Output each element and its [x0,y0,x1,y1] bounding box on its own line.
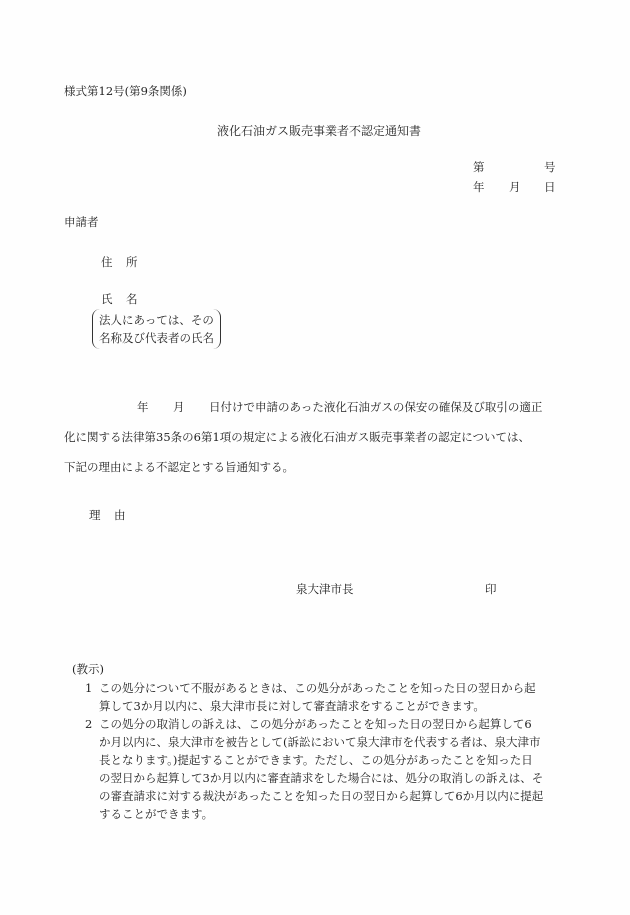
body-line-2: 化に関する法律第35条の6第1項の規定による液化石油ガス販売事業者の認定について… [64,422,559,452]
notice-line: この処分の取消しの訴えは、この処分があったことを知った日の翌日から起算して6 [99,715,574,733]
document-title: 液化石油ガス販売事業者不認定通知書 [217,125,421,137]
address-label: 住所 [101,257,138,269]
name-label-char: 氏 [101,294,126,306]
notice-item: 1 この処分について不服があるときは、この処分があったことを知った日の翌日から起… [74,679,574,715]
notice-line: の審査請求に対する裁決があったことを知った日の翌日から起算して6か月以内に提起 [99,787,574,805]
notice-item-number: 2 [85,715,92,733]
number-prefix: 第 [473,162,485,174]
address-label-char: 住 [101,257,126,269]
corporation-note-line: 法人にあっては、その [99,311,214,329]
body-line-1: 年月日付けで申請のあった液化石油ガスの保安の確保及び取引の適正 [64,392,559,422]
notice-item-number: 1 [85,679,92,697]
body-month: 月 [173,392,209,422]
notice-line: この処分について不服があるときは、この処分があったことを知った日の翌日から起 [99,679,574,697]
notice-line: か月以内に、泉大津市を被告として(訴訟において泉大津市を代表する者は、泉大津市 [99,733,574,751]
notice-line: 算して3か月以内に、泉大津市長に対して審査請求をすることができます。 [99,697,574,715]
corporation-note-line: 名称及び代表者の氏名 [99,329,214,347]
corporation-note: 法人にあっては、その 名称及び代表者の氏名 [92,309,221,349]
body-line-1-rest: 日付けで申請のあった液化石油ガスの保安の確保及び取引の適正 [209,400,542,414]
body-year: 年 [137,392,173,422]
name-label-char: 名 [126,292,138,306]
seal-mark: 印 [485,584,497,596]
address-label-char: 所 [126,255,138,269]
notification-body: 年月日付けで申請のあった液化石油ガスの保安の確保及び取引の適正 化に関する法律第… [64,392,559,482]
date-year: 年 [473,182,485,194]
form-number-label: 様式第12号(第9条関係) [64,86,187,98]
issuer-name: 泉大津市長 [296,584,354,596]
body-line-3: 下記の理由による不認定とする旨通知する。 [64,452,559,482]
date-day: 日 [544,182,556,194]
date-month: 月 [509,182,521,194]
notice-line: することができます。 [99,805,574,823]
appeal-notice: (教示) 1 この処分について不服があるときは、この処分があったことを知った日の… [74,660,574,823]
notice-line: の翌日から起算して3か月以内に審査請求をした場合には、処分の取消しの訴えは、そ [99,769,574,787]
applicant-heading: 申請者 [64,217,99,229]
notice-heading: (教示) [72,660,574,678]
notice-line: 長となります。)提起することができます。ただし、この処分があったことを知った日 [99,751,574,769]
reason-label-char: 由 [114,508,126,522]
reason-label-char: 理 [89,510,114,522]
notice-item: 2 この処分の取消しの訴えは、この処分があったことを知った日の翌日から起算して6… [74,715,574,823]
number-suffix: 号 [544,162,556,174]
name-label: 氏名 [101,294,138,306]
reason-label: 理由 [89,510,126,522]
